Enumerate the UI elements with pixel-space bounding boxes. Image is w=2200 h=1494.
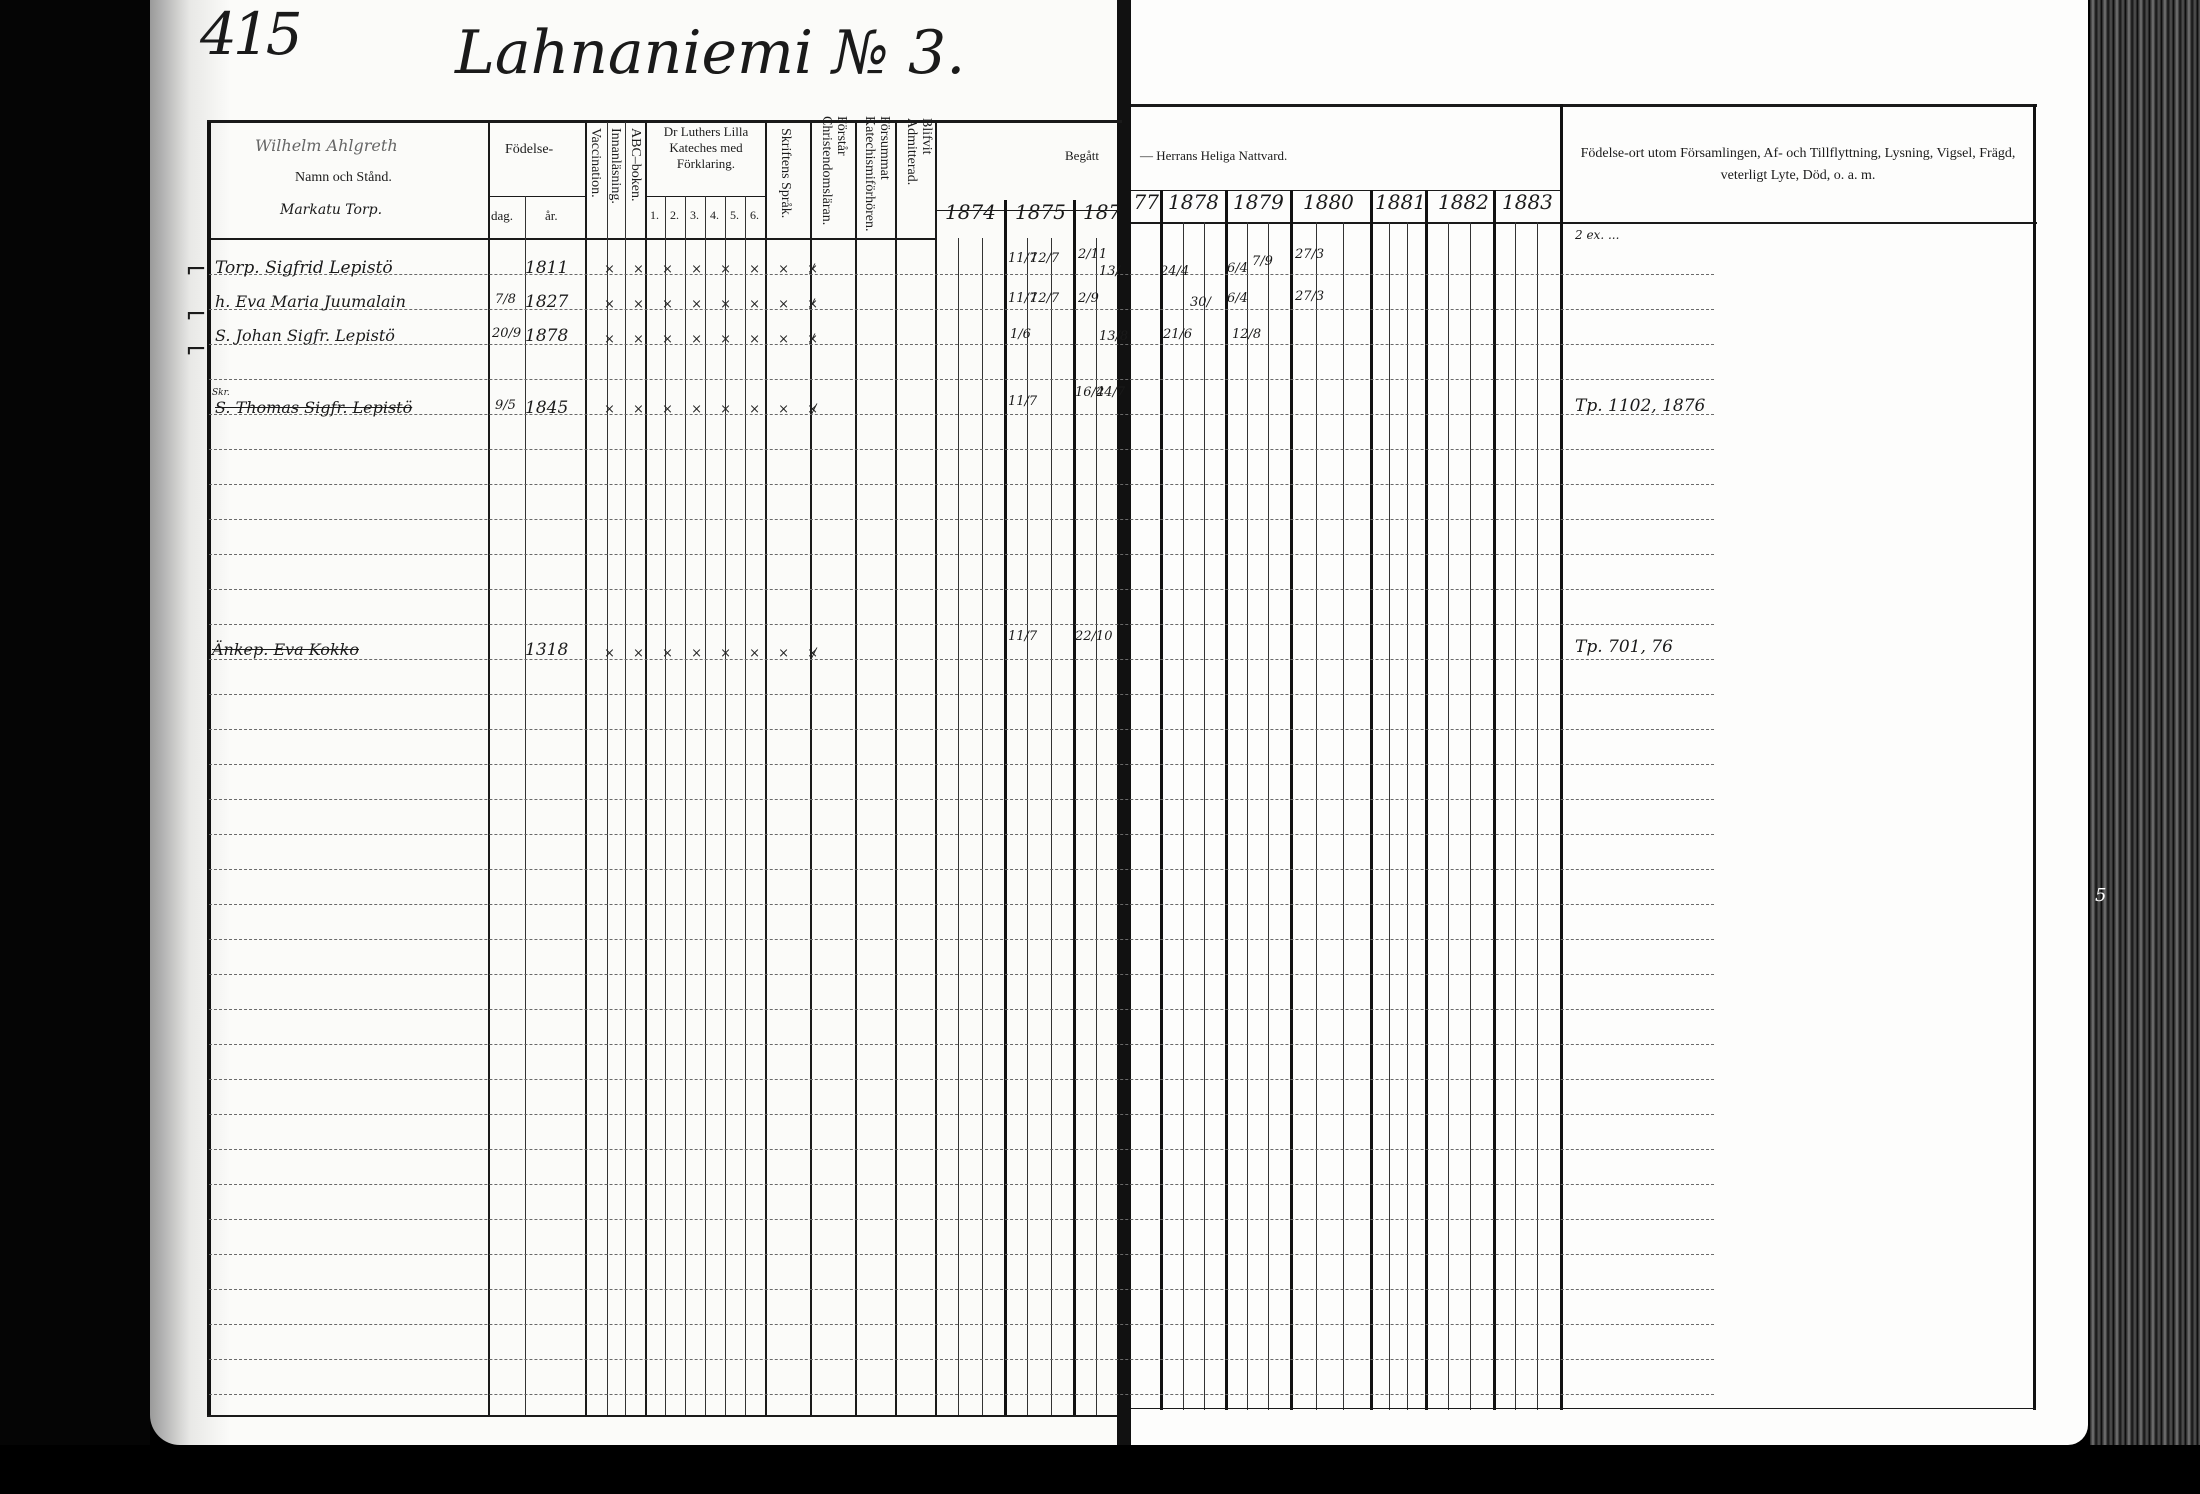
scripture-check: /	[812, 402, 816, 417]
village-note: Wilhelm Ahlgreth	[255, 136, 398, 155]
birth-day: 7/8	[495, 292, 516, 307]
communion-date: 27/3	[1295, 248, 1324, 261]
col-border	[1160, 190, 1163, 1410]
communion-date: 2/11	[1078, 248, 1107, 261]
margin-bracket-icon: ⌐	[185, 335, 207, 365]
col-border	[1389, 222, 1390, 1410]
catechism-checks: × × × × × × × ×	[604, 332, 825, 347]
name-column-header: Namn och Stånd.	[295, 170, 392, 186]
row-note: Tp. 701, 76	[1575, 637, 1673, 657]
col-border	[765, 122, 767, 1417]
communion-date: 13/	[1099, 265, 1120, 278]
col-border	[1493, 190, 1496, 1410]
margin-note: 5	[2095, 885, 2106, 906]
birth-year: 1845	[525, 398, 568, 418]
birth-year: 1827	[525, 292, 568, 312]
book-edge-right	[2090, 0, 2200, 1494]
birth-year: 1318	[525, 640, 568, 660]
abc-header: ABC–boken.	[628, 128, 643, 233]
col-border	[1290, 190, 1293, 1410]
header-bottom-border	[207, 238, 935, 240]
birth-day-header: dag.	[491, 208, 513, 224]
communion-date: 30/	[1190, 296, 1211, 309]
name-sub-header: Markatu Torp.	[280, 202, 382, 218]
person-name: S. Thomas Sigfr. Lepistö	[215, 398, 412, 417]
communion-date: 27/3	[1295, 290, 1324, 303]
communion-date: 24/7	[1096, 386, 1125, 399]
col-border	[810, 122, 812, 1417]
communion-date: 11/7	[1008, 630, 1037, 643]
communion-date: 6/4	[1227, 262, 1248, 275]
col-border	[935, 122, 937, 1417]
table-top-border	[1131, 104, 2037, 107]
page-title: Lahnaniemi № 3.	[455, 18, 965, 88]
col-border	[1537, 222, 1538, 1410]
page-number: 415	[200, 0, 299, 68]
year-1883: 1883	[1502, 190, 1553, 214]
missed-header: Försummat Katechismiförhören.	[860, 116, 892, 226]
header-bottom-border	[1131, 222, 2037, 224]
col-border	[1073, 200, 1076, 1417]
col-border	[1225, 190, 1228, 1410]
communion-date: 13/8	[1099, 330, 1128, 343]
catechism-checks: × × × × × × × ×	[604, 646, 825, 661]
year-1876: 1876	[1083, 200, 1117, 224]
communion-date: 12/7	[1030, 292, 1059, 305]
col-border	[1470, 222, 1471, 1410]
col-border	[207, 122, 211, 1417]
communion-date: 12/7	[1030, 252, 1059, 265]
birth-year-header: år.	[545, 208, 558, 224]
year-1879: 1879	[1233, 190, 1284, 214]
col-border	[645, 122, 647, 1417]
communion-date: 12/8	[1232, 328, 1261, 341]
vaccination-header: Vaccination.	[588, 128, 603, 233]
year-1881: 1881	[1375, 190, 1426, 214]
communion-date: 22/10	[1075, 630, 1112, 643]
communion-date: 21/6	[1163, 328, 1192, 341]
scripture-check: /	[812, 646, 816, 661]
admitted-header: Blifvit Admitterad.	[902, 118, 934, 204]
communion-date: 24/4	[1160, 265, 1189, 278]
margin-bracket-icon: ⌐	[185, 300, 207, 330]
year-1882: 1882	[1438, 190, 1489, 214]
col-border	[1183, 222, 1184, 1410]
col-border	[607, 122, 608, 1417]
col-border	[625, 122, 626, 1417]
communion-date: 7/9	[1252, 255, 1273, 268]
communion-date: 11/7	[1008, 395, 1037, 408]
row-note: Tp. 1102, 1876	[1575, 396, 1705, 416]
year-1880: 1880	[1303, 190, 1354, 214]
table-bottom-border	[1131, 1408, 2036, 1409]
communion-date: 2/9	[1078, 292, 1099, 305]
col-border	[895, 122, 897, 1417]
col-border	[855, 122, 857, 1417]
person-name: Änkep. Eva Kokko	[212, 640, 359, 659]
right-page	[1128, 0, 2088, 1445]
year-1874: 1874	[945, 200, 996, 224]
col-border	[1370, 190, 1373, 1410]
communion-header-right: — Herrans Heliga Nattvard.	[1140, 148, 1287, 164]
year-1875: 1875	[1015, 200, 1066, 224]
scripture-check: /	[810, 262, 814, 277]
book-edge-left	[0, 0, 150, 1494]
col-border	[585, 122, 587, 1417]
col-border	[1343, 222, 1344, 1410]
book-spine	[1117, 0, 1131, 1460]
scripture-check: /	[810, 297, 814, 312]
col-border	[1407, 222, 1408, 1410]
scripture-header: Skriftens Språk.	[778, 128, 793, 236]
catechism-checks: × × × × × × × ×	[604, 402, 825, 417]
book-bottom-shadow	[0, 1445, 2200, 1494]
margin-bracket-icon: ⌐	[185, 255, 207, 285]
col-border	[1316, 222, 1317, 1410]
communion-date: 1/6	[1010, 328, 1031, 341]
person-name: S. Johan Sigfr. Lepistö	[215, 326, 395, 345]
scripture-check: /	[810, 332, 814, 347]
birth-day: 20/9	[492, 326, 521, 341]
col-border	[2033, 104, 2036, 1410]
communion-date: 6/4	[1227, 292, 1248, 305]
col-border	[1247, 222, 1248, 1410]
col-border	[1004, 200, 1007, 1417]
col-border	[1204, 222, 1205, 1410]
col-border	[488, 122, 490, 1417]
birth-year: 1811	[525, 258, 568, 278]
communion-header-left: Begått	[1065, 148, 1099, 164]
catechism-header: Dr Luthers Lilla Kateches med Förklaring…	[650, 124, 762, 172]
year-1878: 1878	[1168, 190, 1219, 214]
catechism-checks: × × × × × × × ×	[604, 262, 825, 277]
col-border	[1448, 222, 1449, 1410]
birth-column-header: Födelse-	[505, 142, 553, 158]
person-name: Torp. Sigfrid Lepistö	[215, 258, 393, 278]
reading-header: Innanläsning.	[608, 128, 623, 233]
year-1877: 1877	[1133, 190, 1159, 214]
birth-subheader-line	[488, 196, 585, 197]
col-border	[1268, 222, 1269, 1410]
col-border	[1560, 104, 1563, 1410]
table-top-border	[207, 120, 1122, 123]
understands-header: Förstår Christendomsläran.	[815, 116, 849, 226]
table-bottom-border	[207, 1415, 1117, 1417]
notes-column-header: Födelse-ort utom Församlingen, Af- och T…	[1566, 143, 2030, 187]
birth-year: 1878	[525, 326, 568, 346]
catechism-checks: × × × × × × × ×	[604, 297, 825, 312]
birth-day: 9/5	[495, 398, 516, 413]
col-border	[1515, 222, 1516, 1410]
person-name: h. Eva Maria Juumalain	[215, 292, 406, 311]
col-border	[1425, 190, 1428, 1410]
row-prefix-note: Skr.	[212, 388, 230, 398]
row-note: 2 ex. ...	[1575, 228, 1619, 242]
